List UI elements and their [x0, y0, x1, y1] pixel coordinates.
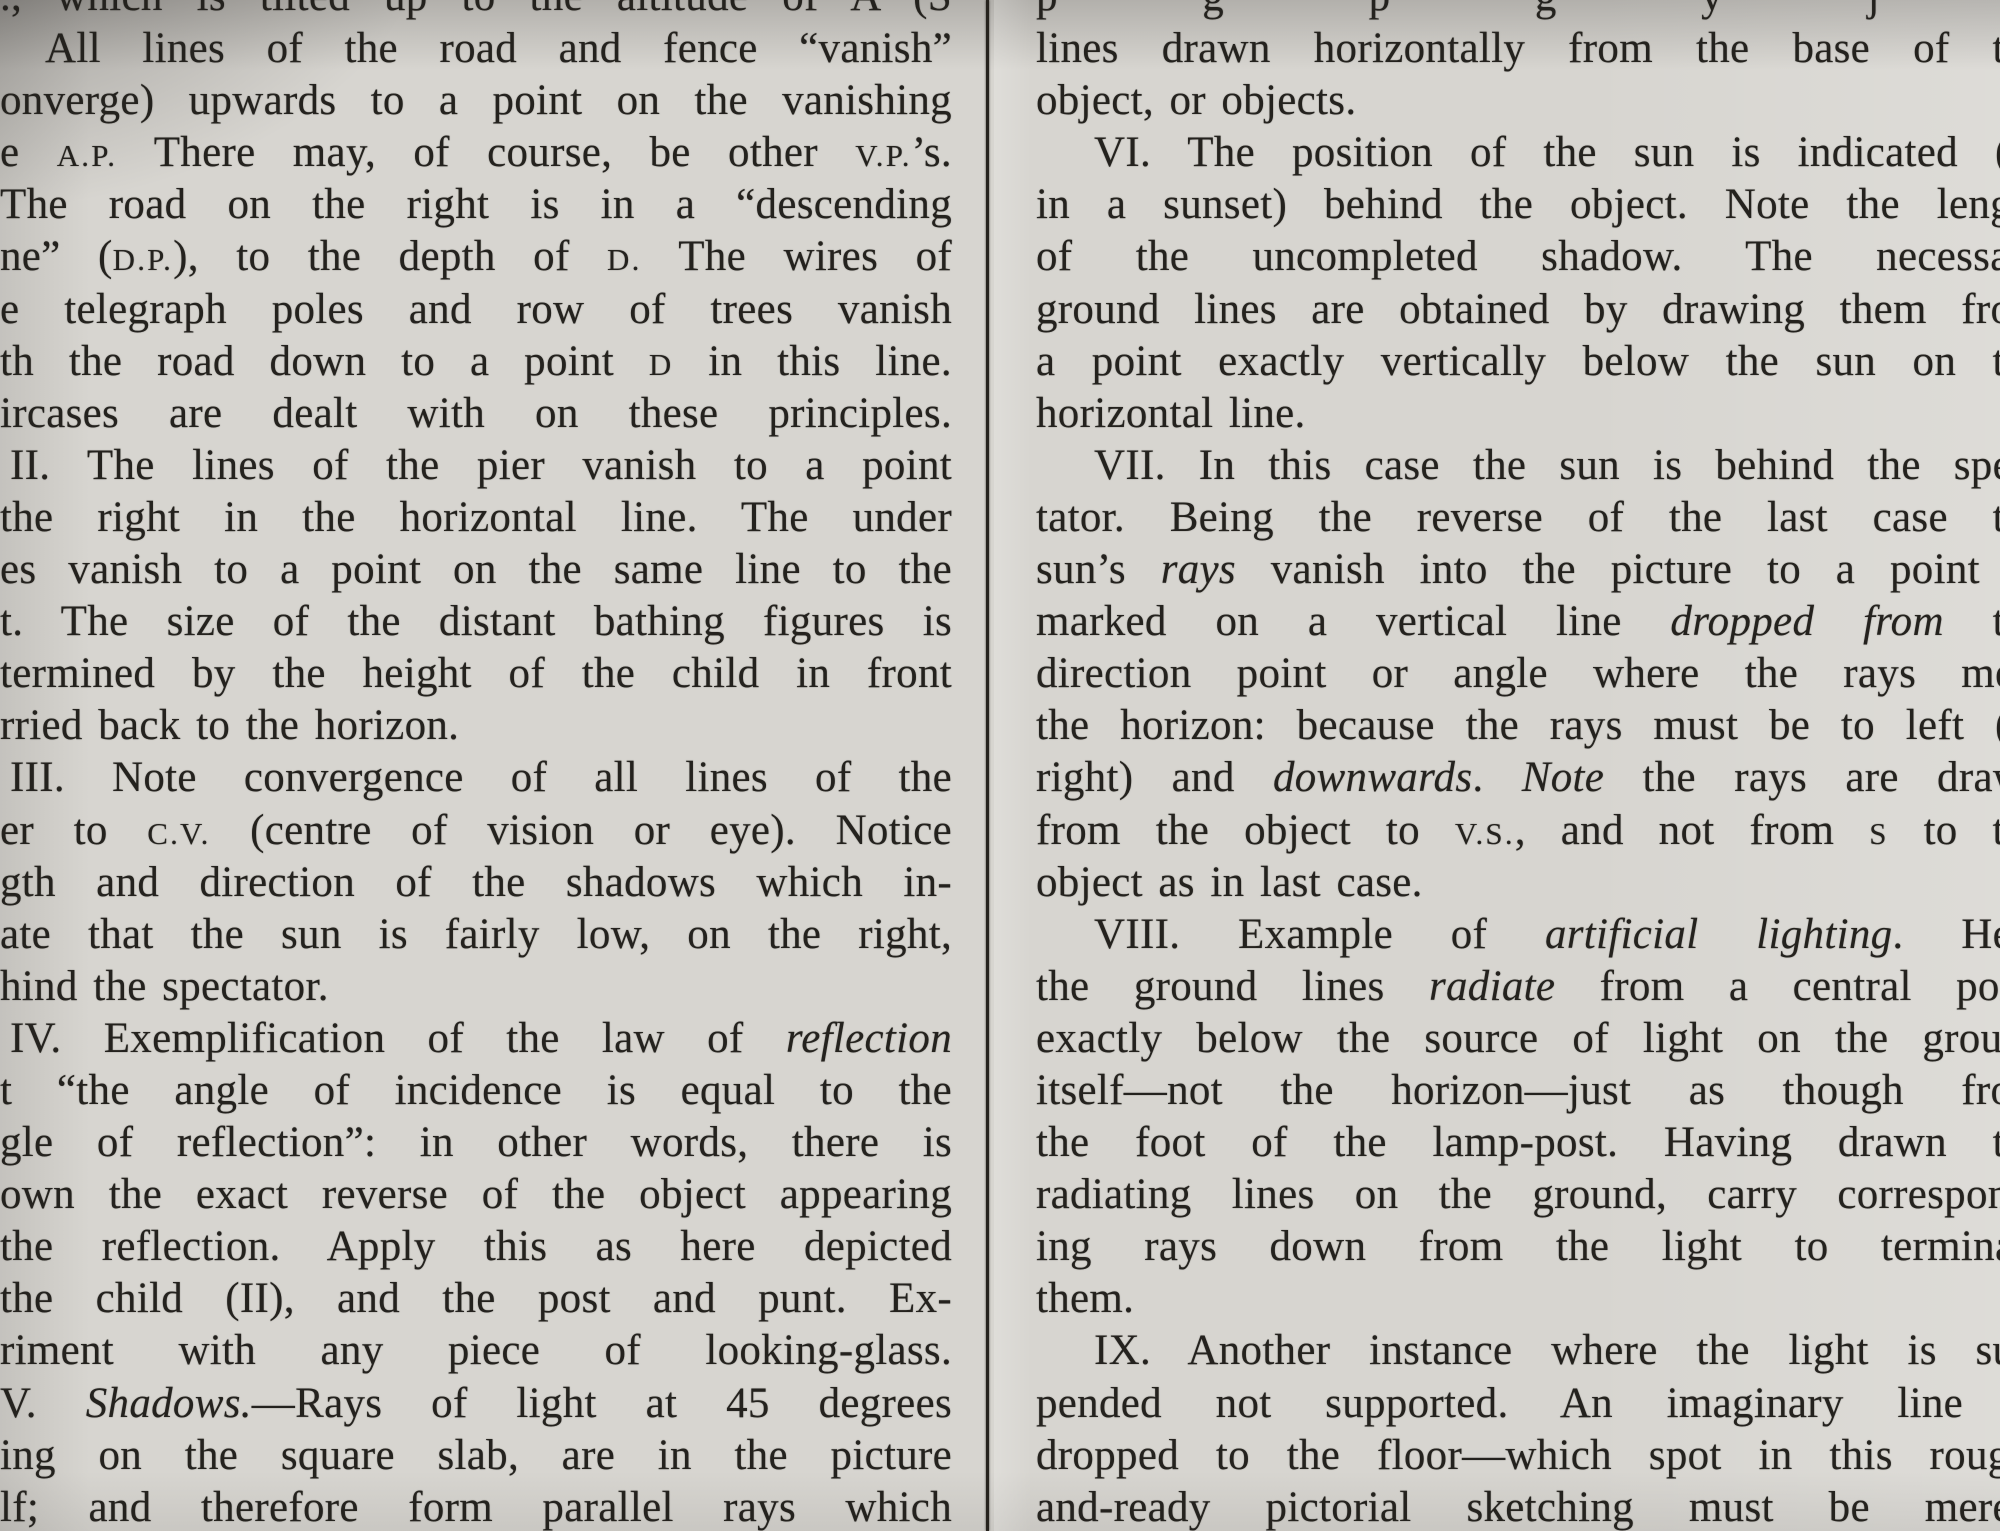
text-segment: the: [1944, 598, 2000, 645]
text-segment: t. The size of the distant bathing figur…: [0, 598, 952, 645]
text-segment: —Rays of light at 45 degrees: [252, 1380, 952, 1427]
text-line: ircases are dealt with on these principl…: [0, 388, 952, 440]
text-line: and-ready pictorial sketching must be me…: [1036, 1482, 2000, 1531]
text-line: ing on the square slab, are in the pictu…: [0, 1430, 952, 1482]
italic-text-segment: dropped from: [1670, 598, 1943, 645]
text-segment: onverge) upwards to a point on the vanis…: [0, 77, 952, 124]
text-segment: II. The lines of the pier vanish to a po…: [10, 442, 952, 489]
text-segment: lf; and therefore form parallel rays whi…: [0, 1484, 952, 1531]
text-line: them.: [1036, 1273, 2000, 1325]
text-segment: vanish into the picture to a point w: [1236, 546, 2000, 593]
text-line: itself—not the horizon—just as though fr…: [1036, 1065, 2000, 1117]
text-segment: ircases are dealt with on these principl…: [0, 390, 952, 437]
text-segment: direction point or angle where the rays …: [1036, 650, 2000, 697]
text-segment: VIII. Example of: [1094, 911, 1545, 958]
text-line: lf; and therefore form parallel rays whi…: [0, 1482, 952, 1531]
text-line: gle of reflection”: in other words, ther…: [0, 1117, 952, 1169]
text-line: horizontal line.: [1036, 388, 2000, 440]
text-segment: ate that the sun is fairly low, on the r…: [0, 911, 952, 958]
italic-text-segment: downwards: [1273, 754, 1472, 801]
text-line: III. Note convergence of all lines of th…: [0, 752, 952, 804]
text-segment: the foot of the lamp-post. Having drawn …: [1036, 1119, 2000, 1166]
text-segment: , and not from: [1515, 807, 1869, 854]
column-divider-rule: [986, 0, 989, 1531]
italic-text-segment: reflection: [786, 1015, 952, 1062]
text-segment: ’s.: [912, 129, 952, 176]
text-segment: pended not supported. An imaginary line …: [1036, 1380, 2000, 1427]
text-line: t. The size of the distant bathing figur…: [0, 596, 952, 648]
text-line: ., which is tilted up to the altitude of…: [0, 0, 952, 23]
text-segment: p g p g y j p: [1036, 0, 2000, 20]
text-segment: radiating lines on the ground, carry cor…: [1036, 1171, 2000, 1218]
text-segment: object, or objects.: [1036, 77, 1356, 124]
italic-text-segment: artificial lighting: [1545, 911, 1892, 958]
text-segment: own the exact reverse of the object appe…: [0, 1171, 952, 1218]
text-segment: e: [0, 129, 57, 176]
text-line: right) and downwards. Note the rays are …: [1036, 752, 2000, 804]
text-line: the foot of the lamp-post. Having drawn …: [1036, 1117, 2000, 1169]
small-caps-text-segment: V.S.: [1455, 816, 1515, 851]
text-line: marked on a vertical line dropped from t…: [1036, 596, 2000, 648]
text-segment: . Here: [1892, 911, 2000, 958]
text-segment: termined by the height of the child in f…: [0, 650, 952, 697]
text-segment: the child (II), and the post and punt. E…: [0, 1275, 952, 1322]
italic-text-segment: radiate: [1429, 963, 1555, 1010]
text-segment: There may, of course, be other: [117, 129, 855, 176]
text-line: gth and direction of the shadows which i…: [0, 857, 952, 909]
small-caps-text-segment: V.P.: [855, 138, 911, 173]
text-line: e telegraph poles and row of trees vanis…: [0, 284, 952, 336]
text-line: All lines of the road and fence “vanish”: [0, 23, 952, 75]
text-segment: horizontal line.: [1036, 390, 1306, 437]
text-line: p g p g y j p: [1036, 0, 2000, 23]
text-segment: in this line.: [673, 338, 952, 385]
text-segment: from the object to: [1036, 807, 1455, 854]
text-line: in a sunset) behind the object. Note the…: [1036, 179, 2000, 231]
text-segment: VI. The position of the sun is indicated…: [1094, 129, 2000, 176]
text-segment: ground lines are obtained by drawing the…: [1036, 286, 2000, 333]
text-segment: sun’s: [1036, 546, 1161, 593]
text-segment: tator. Being the reverse of the last cas…: [1036, 494, 2000, 541]
text-segment: a point exactly vertically below the sun…: [1036, 338, 2000, 385]
text-segment: th the road down to a point: [0, 338, 649, 385]
text-segment: (centre of vision or eye). Notice: [211, 807, 952, 854]
text-line: tator. Being the reverse of the last cas…: [1036, 492, 2000, 544]
text-line: lines drawn horizontally from the base o…: [1036, 23, 2000, 75]
small-caps-text-segment: A.P.: [57, 138, 117, 173]
left-text-column: ., which is tilted up to the altitude of…: [0, 0, 952, 1531]
text-line: VIII. Example of artificial lighting. He…: [1036, 909, 2000, 961]
small-caps-text-segment: D.P.: [113, 242, 173, 277]
text-line: the horizon: because the rays must be to…: [1036, 700, 2000, 752]
text-segment: ing rays down from the light to terminat…: [1036, 1223, 2000, 1270]
small-caps-text-segment: C.V.: [147, 816, 210, 851]
text-line: II. The lines of the pier vanish to a po…: [0, 440, 952, 492]
text-segment: riment with any piece of looking-glass.: [0, 1327, 952, 1374]
text-segment: ), to the depth of: [173, 233, 607, 280]
text-line: VII. In this case the sun is behind the …: [1036, 440, 2000, 492]
text-line: the child (II), and the post and punt. E…: [0, 1273, 952, 1325]
text-line: a point exactly vertically below the sun…: [1036, 336, 2000, 388]
text-segment: and-ready pictorial sketching must be me…: [1036, 1484, 2000, 1531]
text-line: ing rays down from the light to terminat…: [1036, 1221, 2000, 1273]
text-line: object as in last case.: [1036, 857, 2000, 909]
text-line: exactly below the source of light on the…: [1036, 1013, 2000, 1065]
text-segment: ing on the square slab, are in the pictu…: [0, 1432, 952, 1479]
text-segment: The wires of: [642, 233, 952, 280]
text-segment: right) and: [1036, 754, 1273, 801]
text-line: ne” (D.P.), to the depth of D. The wires…: [0, 231, 952, 283]
text-line: the ground lines radiate from a central …: [1036, 961, 2000, 1013]
italic-text-segment: Note: [1522, 754, 1604, 801]
text-segment: hind the spectator.: [0, 963, 329, 1010]
text-line: own the exact reverse of the object appe…: [0, 1169, 952, 1221]
book-page-scan: { "page": { "kind": "scanned book page, …: [0, 0, 2000, 1531]
text-segment: .: [1472, 754, 1521, 801]
text-segment: VII. In this case the sun is behind the …: [1094, 442, 2000, 489]
text-line: IX. Another instance where the light is …: [1036, 1325, 2000, 1377]
text-segment: exactly below the source of light on the…: [1036, 1015, 2000, 1062]
text-segment: in a sunset) behind the object. Note the…: [1036, 181, 2000, 228]
text-segment: the horizon: because the rays must be to…: [1036, 702, 2000, 749]
text-line: radiating lines on the ground, carry cor…: [1036, 1169, 2000, 1221]
text-segment: object as in last case.: [1036, 859, 1423, 906]
text-segment: es vanish to a point on the same line to…: [0, 546, 952, 593]
text-segment: to the: [1889, 807, 2000, 854]
text-line: direction point or angle where the rays …: [1036, 648, 2000, 700]
text-segment: The road on the right is in a “descendin…: [0, 181, 952, 228]
text-segment: IV. Exemplification of the law of: [10, 1015, 786, 1062]
text-line: object, or objects.: [1036, 75, 2000, 127]
text-segment: t “the angle of incidence is equal to th…: [0, 1067, 952, 1114]
text-segment: the ground lines: [1036, 963, 1429, 1010]
text-line: rried back to the horizon.: [0, 700, 952, 752]
text-line: The road on the right is in a “descendin…: [0, 179, 952, 231]
text-segment: the reflection. Apply this as here depic…: [0, 1223, 952, 1270]
italic-text-segment: Shadows.: [86, 1380, 252, 1427]
text-segment: III. Note convergence of all lines of th…: [10, 754, 952, 801]
text-segment: itself—not the horizon—just as though fr…: [1036, 1067, 2000, 1114]
text-segment: lines drawn horizontally from the base o…: [1036, 25, 2000, 72]
text-line: er to C.V. (centre of vision or eye). No…: [0, 805, 952, 857]
text-segment: V.: [0, 1380, 86, 1427]
text-line: the right in the horizontal line. The un…: [0, 492, 952, 544]
text-segment: IX. Another instance where the light is …: [1094, 1327, 2000, 1374]
text-line: riment with any piece of looking-glass.: [0, 1325, 952, 1377]
text-segment: them.: [1036, 1275, 1134, 1322]
text-line: of the uncompleted shadow. The necessary: [1036, 231, 2000, 283]
text-line: ground lines are obtained by drawing the…: [1036, 284, 2000, 336]
text-line: onverge) upwards to a point on the vanis…: [0, 75, 952, 127]
small-caps-text-segment: D.: [607, 242, 642, 277]
text-segment: marked on a vertical line: [1036, 598, 1670, 645]
text-line: V. Shadows.—Rays of light at 45 degrees: [0, 1378, 952, 1430]
text-line: ate that the sun is fairly low, on the r…: [0, 909, 952, 961]
text-line: th the road down to a point D in this li…: [0, 336, 952, 388]
text-segment: er to: [0, 807, 147, 854]
text-line: IV. Exemplification of the law of reflec…: [0, 1013, 952, 1065]
text-line: pended not supported. An imaginary line …: [1036, 1378, 2000, 1430]
text-segment: the rays are drawn: [1604, 754, 2000, 801]
text-segment: e telegraph poles and row of trees vanis…: [0, 286, 952, 333]
text-segment: of the uncompleted shadow. The necessary: [1036, 233, 2000, 280]
text-line: the reflection. Apply this as here depic…: [0, 1221, 952, 1273]
text-segment: rried back to the horizon.: [0, 702, 459, 749]
text-line: es vanish to a point on the same line to…: [0, 544, 952, 596]
text-line: sun’s rays vanish into the picture to a …: [1036, 544, 2000, 596]
text-line: dropped to the floor—which spot in this …: [1036, 1430, 2000, 1482]
text-segment: gle of reflection”: in other words, ther…: [0, 1119, 952, 1166]
small-caps-text-segment: S: [1869, 816, 1888, 851]
text-segment: the right in the horizontal line. The un…: [0, 494, 952, 541]
text-line: VI. The position of the sun is indicated…: [1036, 127, 2000, 179]
text-segment: from a central point: [1555, 963, 2000, 1010]
right-text-column: p g p g y j plines drawn horizontally fr…: [1036, 0, 2000, 1531]
small-caps-text-segment: D: [649, 347, 674, 382]
text-segment: ne” (: [0, 233, 113, 280]
text-line: e A.P. There may, of course, be other V.…: [0, 127, 952, 179]
italic-text-segment: rays: [1161, 546, 1236, 593]
text-line: termined by the height of the child in f…: [0, 648, 952, 700]
text-segment: ., which is tilted up to the altitude of…: [0, 0, 952, 20]
text-line: hind the spectator.: [0, 961, 952, 1013]
text-segment: gth and direction of the shadows which i…: [0, 859, 952, 906]
text-segment: All lines of the road and fence “vanish”: [45, 25, 952, 72]
text-line: t “the angle of incidence is equal to th…: [0, 1065, 952, 1117]
text-line: from the object to V.S., and not from S …: [1036, 805, 2000, 857]
text-segment: dropped to the floor—which spot in this …: [1036, 1432, 2000, 1479]
column-gutter-highlight: [994, 0, 1032, 1531]
